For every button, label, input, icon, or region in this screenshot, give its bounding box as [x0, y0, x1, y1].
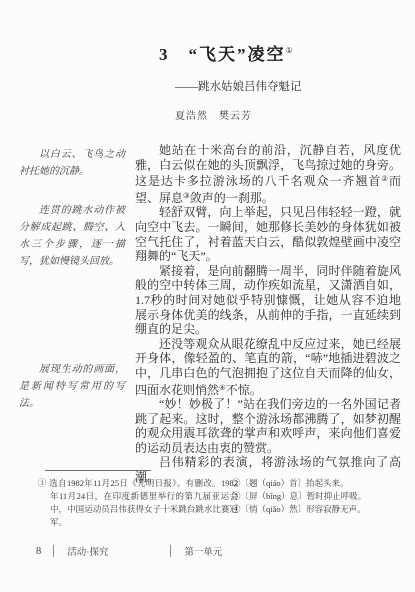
paragraph-text: 不惊。 — [226, 383, 262, 397]
footnote-marker: ② — [381, 174, 389, 183]
footnote-item: ④〔悄（qiǎo）然〕形容寂静无声。 — [232, 503, 404, 516]
textbook-page: 3 “飞天”凌空① ——跳水姑娘吕伟夺魁记 夏浩然 樊云芳 以白云、飞鸟之动衬托… — [0, 0, 415, 592]
lesson-title-text: 3 “飞天”凌空 — [159, 45, 286, 64]
footnote-item: ③〔屏（bǐng）息〕暂时抑止呼吸。 — [232, 490, 404, 503]
paragraph-text: 她站在十米高台的前沿，沉静自若，风度优雅，白云似在她的头顶飘浮，飞鸟掠过她的身旁… — [135, 143, 401, 188]
footnote-source: ① 选自1982年11月25日《光明日报》。有删改。1982年11月24日，在印… — [38, 477, 238, 529]
paragraph-text: 还没等观众从眼花缭乱中反应过来，她已经展开身体，像轻盈的、笔直的箭，“哧”地插进… — [135, 337, 401, 397]
lesson-subtitle: ——跳水姑娘吕伟夺魁记 — [175, 78, 403, 94]
lesson-title: 3 “飞天”凌空① — [159, 40, 403, 65]
footer-unit-label: 第一单元 — [184, 544, 222, 558]
margin-note: 展现生动的画面，是新闻特写常用的写法。 — [19, 361, 125, 412]
lesson-authors: 夏浩然 樊云芳 — [175, 107, 403, 122]
page-number: 8 — [36, 546, 41, 557]
footnote-separator-rule — [45, 470, 151, 471]
footnote-marker: ④ — [219, 383, 226, 392]
footer-section-label: 活动·探究 — [67, 544, 108, 558]
lesson-header: 3 “飞天”凌空① ——跳水姑娘吕伟夺魁记 夏浩然 樊云芳 — [135, 40, 403, 122]
paragraph: 还没等观众从眼花缭乱中反应过来，她已经展开身体，像轻盈的、笔直的箭，“哧”地插进… — [135, 337, 401, 397]
footnote-glossary: ②〔翘（qiáo）首〕抬起头来。 ③〔屏（bǐng）息〕暂时抑止呼吸。 ④〔悄（… — [232, 477, 404, 516]
footer-divider — [170, 545, 171, 557]
paragraph: 她站在十米高台的前沿，沉静自若，风度优雅，白云似在她的头顶飘浮，飞鸟掠过她的身旁… — [135, 143, 401, 205]
footnote-item: ②〔翘（qiáo）首〕抬起头来。 — [232, 477, 404, 490]
footer-divider — [53, 545, 54, 557]
margin-note: 连贯的跳水动作被分解成起跳、腾空、入水三个步骤，逐一描写，犹如慢镜头回放。 — [19, 202, 125, 270]
margin-note: 以白云、飞鸟之动衬托她的沉静。 — [19, 146, 125, 180]
title-footnote-marker: ① — [286, 46, 293, 55]
footnote-marker: ③ — [183, 191, 190, 200]
page-footer: 8 活动·探究 第一单元 — [36, 544, 222, 558]
lesson-body: 她站在十米高台的前沿，沉静自若，风度优雅，白云似在她的头顶飘浮，飞鸟掠过她的身旁… — [135, 143, 401, 485]
paragraph-text: 敛声的一刹那。 — [190, 191, 274, 205]
paragraph: “妙！妙极了！”站在我们旁边的一名外国记者跳了起来。这时，整个游泳场都沸腾了，如… — [135, 397, 401, 455]
paragraph: 轻舒双臂，向上举起，只见吕伟轻轻一蹬，就向空中飞去。一瞬间，她那修长美妙的身体犹… — [135, 205, 401, 263]
paragraph: 紧接着，是向前翻腾一周半，同时伴随着旋风般的空中转体三周，动作疾如流星，又潇洒自… — [135, 264, 401, 337]
